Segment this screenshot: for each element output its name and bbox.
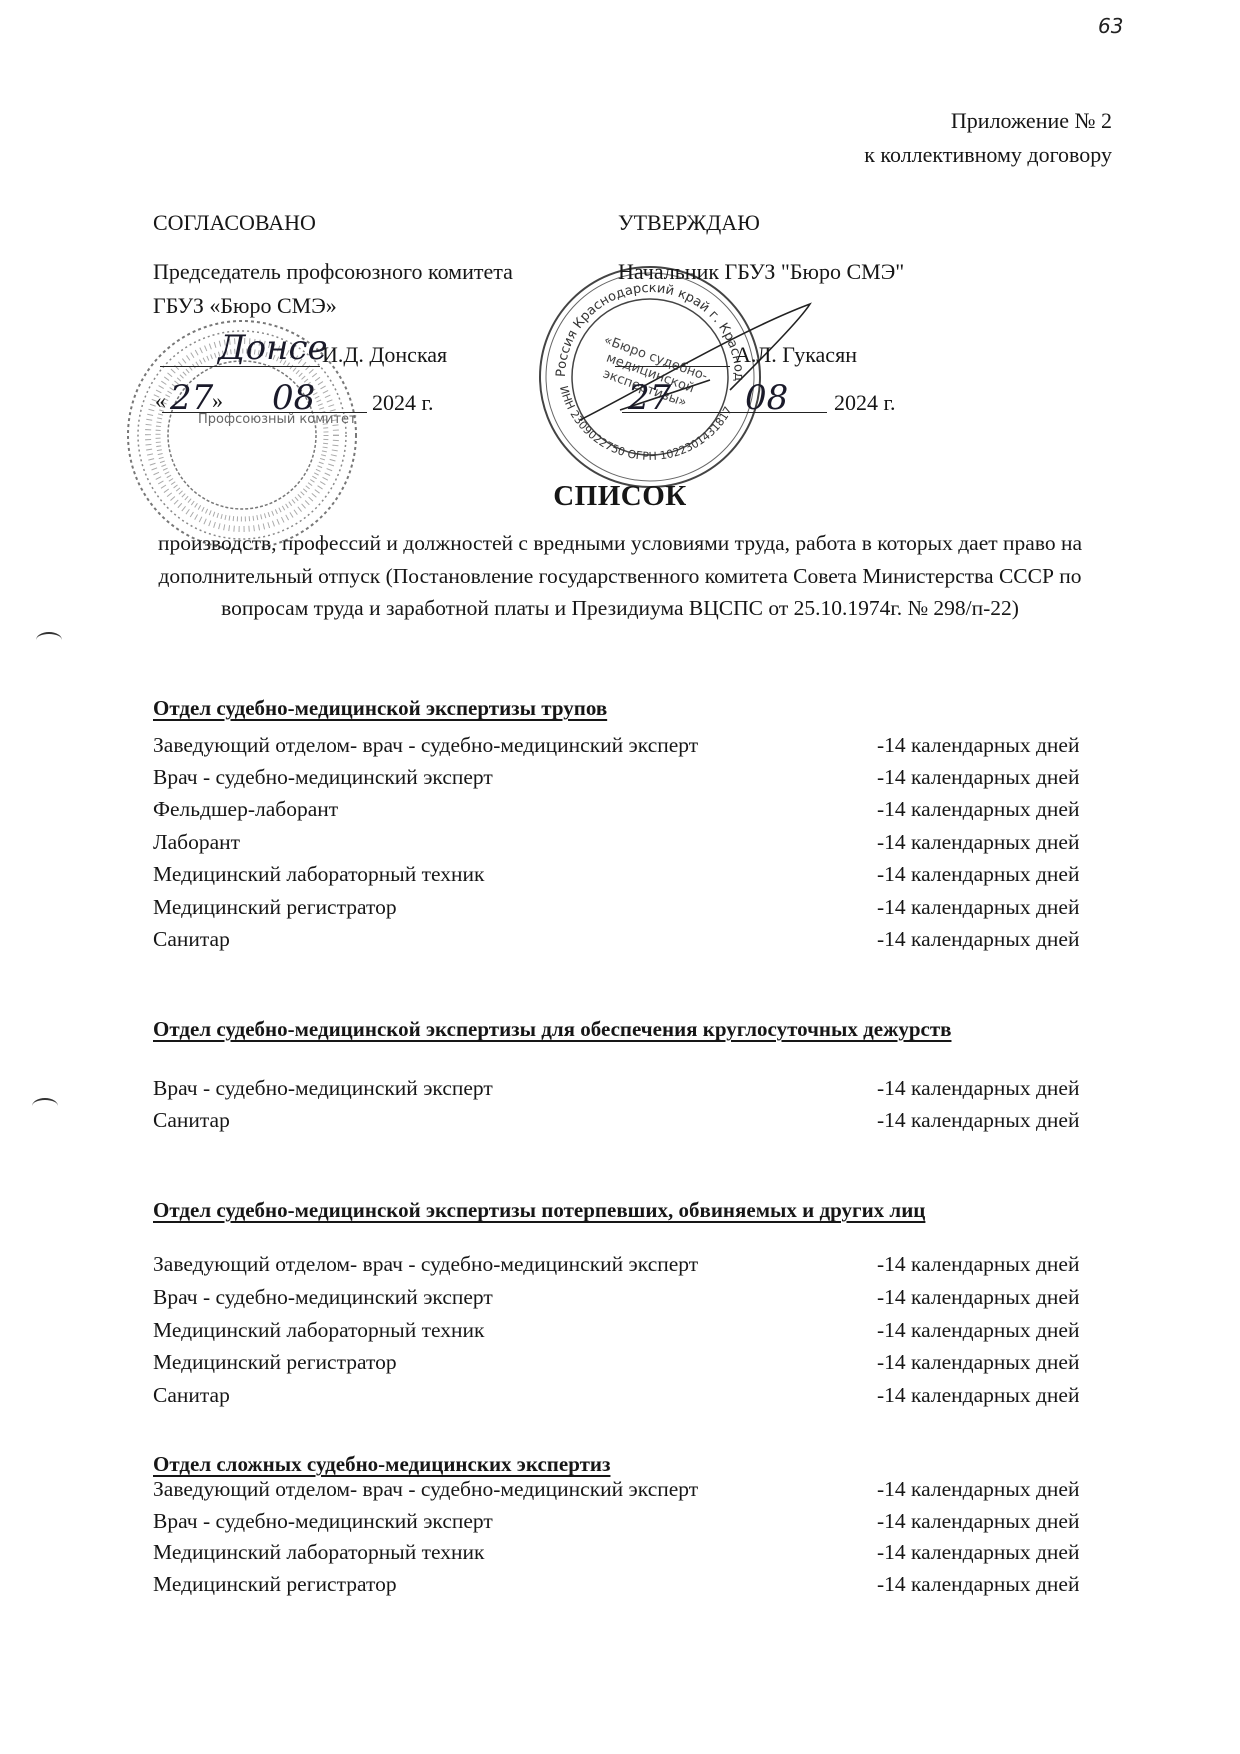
leave-duration: -14 календарных дней xyxy=(877,895,1079,920)
approved-heading: УТВЕРЖДАЮ xyxy=(618,210,760,236)
margin-mark xyxy=(32,1098,58,1114)
leave-duration: -14 календарных дней xyxy=(877,1108,1079,1133)
leave-duration: -14 календарных дней xyxy=(877,862,1079,887)
position-title: Лаборант xyxy=(153,830,240,855)
leave-duration: -14 календарных дней xyxy=(877,797,1079,822)
approved-signature xyxy=(560,300,820,440)
position-title: Врач - судебно-медицинский эксперт xyxy=(153,1509,493,1534)
position-title: Заведующий отделом- врач - судебно-медиц… xyxy=(153,733,698,758)
position-title: Санитар xyxy=(153,927,230,952)
leave-duration: -14 календарных дней xyxy=(877,1318,1079,1343)
position-title: Санитар xyxy=(153,1108,230,1133)
agreed-signature: Донсе xyxy=(218,328,328,368)
approved-date-line xyxy=(622,412,827,413)
position-title: Медицинский регистратор xyxy=(153,895,397,920)
agreed-position-line-2: ГБУЗ «Бюро СМЭ» xyxy=(153,293,337,319)
leave-duration: -14 календарных дней xyxy=(877,1076,1079,1101)
section-heading: Отдел судебно-медицинской экспертизы тру… xyxy=(153,696,607,721)
leave-duration: -14 календарных дней xyxy=(877,1540,1079,1565)
position-title: Заведующий отделом- врач - судебно-медиц… xyxy=(153,1477,698,1502)
document-subtitle: производств, профессий и должностей с вр… xyxy=(130,527,1110,625)
position-title: Фельдшер-лаборант xyxy=(153,797,338,822)
appendix-line-2: к коллективному договору xyxy=(864,142,1112,168)
position-title: Медицинский лабораторный техник xyxy=(153,1540,484,1565)
agreed-heading: СОГЛАСОВАНО xyxy=(153,210,316,236)
position-title: Врач - судебно-медицинский эксперт xyxy=(153,765,493,790)
agreed-date-month: 08 xyxy=(272,378,315,418)
approved-date-year: 2024 г. xyxy=(834,390,896,416)
appendix-line-1: Приложение № 2 xyxy=(951,108,1112,134)
position-title: Врач - судебно-медицинский эксперт xyxy=(153,1076,493,1101)
leave-duration: -14 календарных дней xyxy=(877,830,1079,855)
approved-date-month: 08 xyxy=(745,378,788,418)
leave-duration: -14 календарных дней xyxy=(877,1285,1079,1310)
position-title: Врач - судебно-медицинский эксперт xyxy=(153,1285,493,1310)
agreed-date-quote-open: « xyxy=(155,388,166,414)
leave-duration: -14 календарных дней xyxy=(877,1477,1079,1502)
leave-duration: -14 календарных дней xyxy=(877,1572,1079,1597)
approved-position: Начальник ГБУЗ "Бюро СМЭ" xyxy=(618,259,904,285)
position-title: Заведующий отделом- врач - судебно-медиц… xyxy=(153,1252,698,1277)
leave-duration: -14 календарных дней xyxy=(877,1252,1079,1277)
margin-mark xyxy=(36,632,62,648)
position-title: Санитар xyxy=(153,1383,230,1408)
approved-signatory-name: А.Л. Гукасян xyxy=(735,342,857,368)
position-title: Медицинский лабораторный техник xyxy=(153,862,484,887)
agreed-position-line-1: Председатель профсоюзного комитета xyxy=(153,259,513,285)
position-title: Медицинский лабораторный техник xyxy=(153,1318,484,1343)
section-heading: Отдел судебно-медицинской экспертизы пот… xyxy=(153,1198,925,1223)
section-heading: Отдел судебно-медицинской экспертизы для… xyxy=(153,1017,951,1042)
position-title: Медицинский регистратор xyxy=(153,1572,397,1597)
leave-duration: -14 календарных дней xyxy=(877,1509,1079,1534)
leave-duration: -14 календарных дней xyxy=(877,1350,1079,1375)
agreed-date-year: 2024 г. xyxy=(372,390,434,416)
leave-duration: -14 календарных дней xyxy=(877,927,1079,952)
leave-duration: -14 календарных дней xyxy=(877,765,1079,790)
position-title: Медицинский регистратор xyxy=(153,1350,397,1375)
agreed-date-quote-close: » xyxy=(212,388,223,414)
page-number-handwritten: 63 xyxy=(1098,14,1123,38)
approved-signature-line xyxy=(615,366,730,367)
section-heading: Отдел сложных судебно-медицинских экспер… xyxy=(153,1452,610,1477)
agreed-signatory-name: И.Д. Донская xyxy=(322,342,447,368)
document-title: СПИСОК xyxy=(0,480,1240,513)
agreed-date-line xyxy=(162,412,367,413)
leave-duration: -14 календарных дней xyxy=(877,733,1079,758)
leave-duration: -14 календарных дней xyxy=(877,1383,1079,1408)
